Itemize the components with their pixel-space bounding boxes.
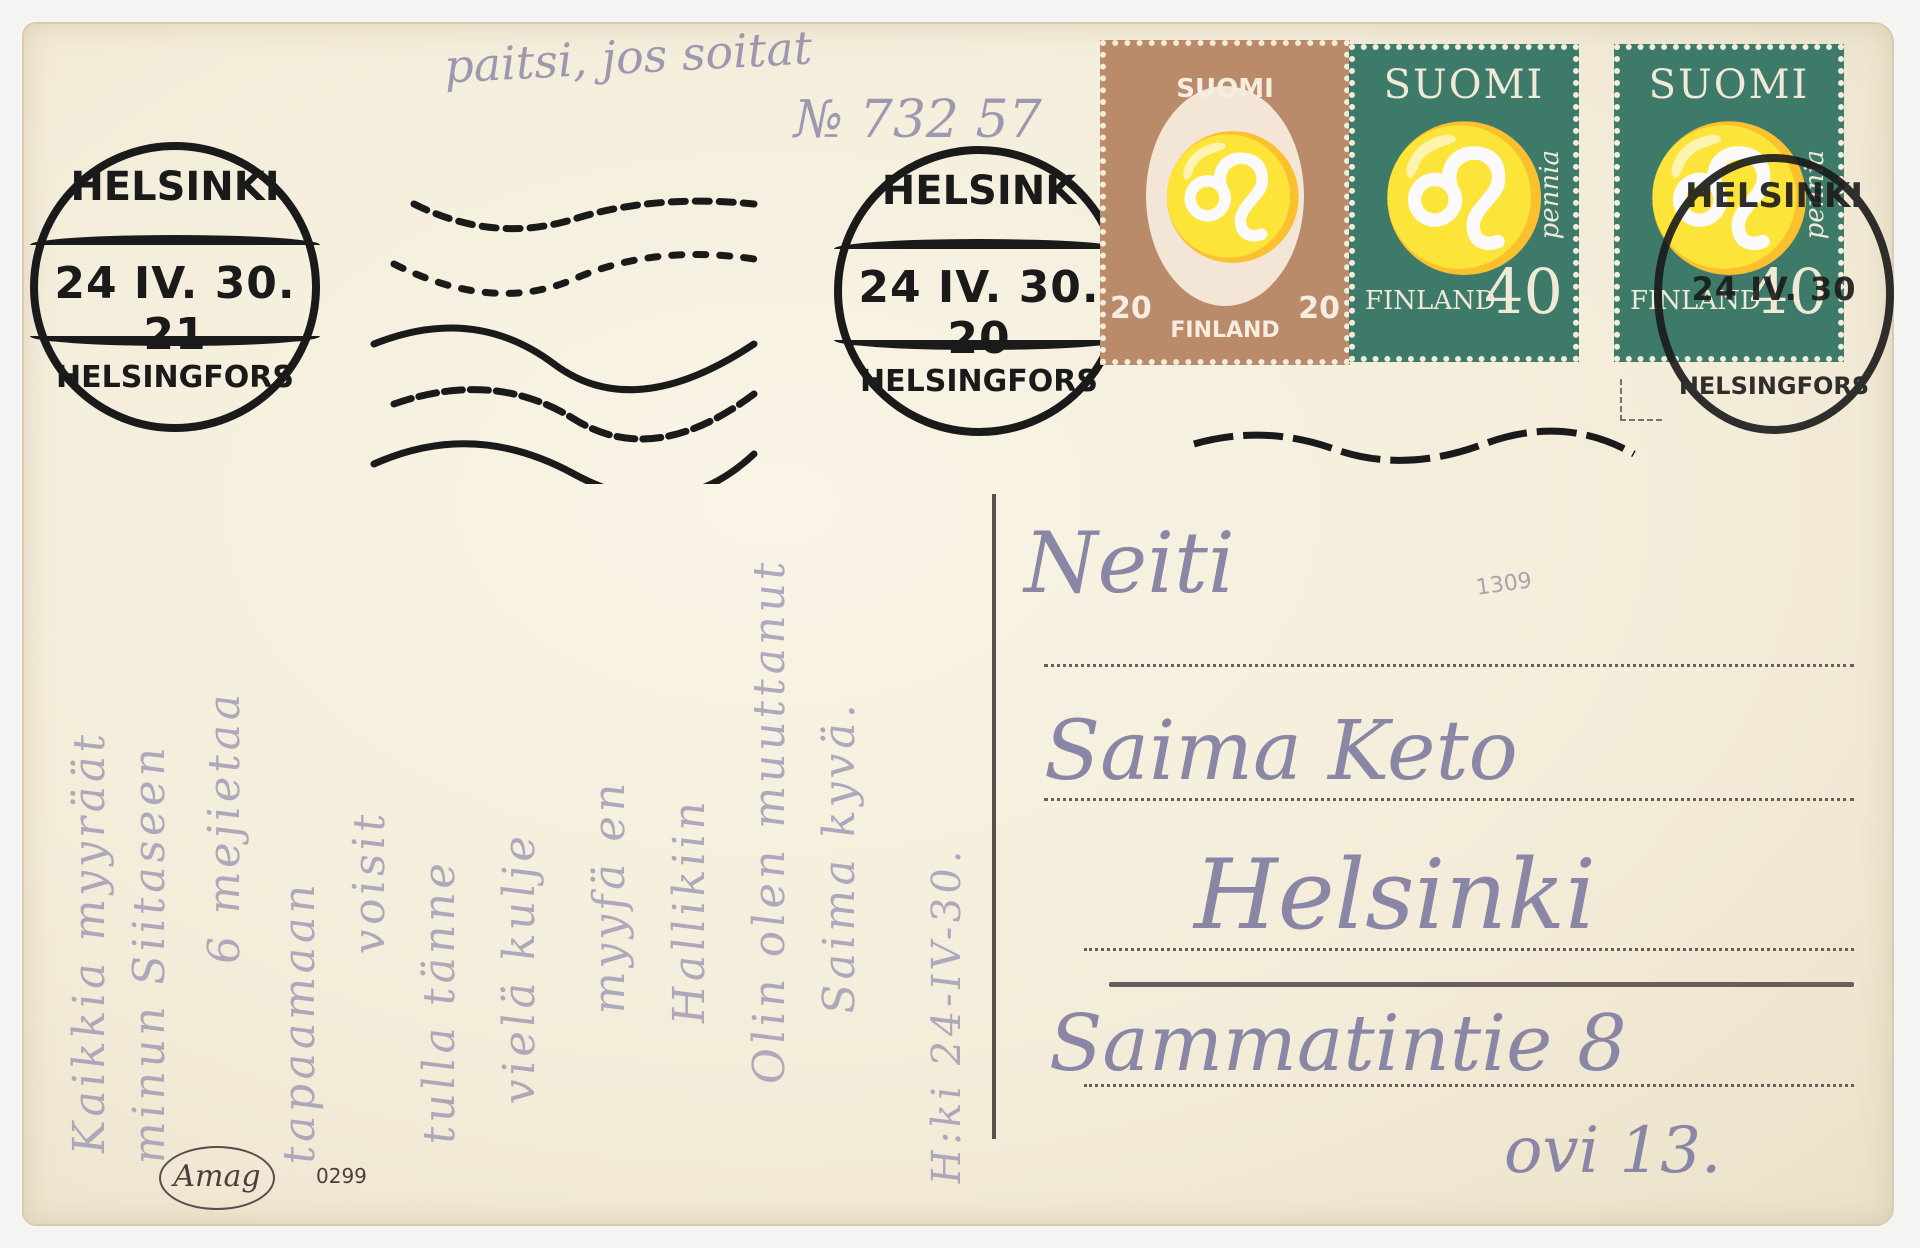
publisher-logo: Amag — [159, 1146, 275, 1210]
address-line — [1084, 1084, 1854, 1087]
postmark-top-text: HELSINK — [842, 168, 1116, 214]
postmark-bottom-text: HELSINGFORS — [842, 364, 1116, 399]
postmark: HELSINKI 24 IV. 30. 21 HELSINGFORS — [30, 142, 320, 432]
stamp-20-pennia: SUOMI ♌ 20 20 FINLAND — [1100, 40, 1350, 365]
postmark-bottom-text: HELSINGFORS — [1662, 372, 1886, 400]
stamp-country-top: SUOMI — [1620, 62, 1838, 108]
stamp-box-outline — [1620, 379, 1662, 421]
address-line — [1044, 664, 1854, 667]
pencil-number: 1309 — [1475, 568, 1534, 601]
wavy-cancel-lines-left — [354, 164, 834, 484]
publisher-number: 0299 — [316, 1164, 367, 1188]
wavy-cancel-line-right — [1184, 404, 1664, 484]
postmark-bottom-text: HELSINGFORS — [38, 360, 312, 395]
address-city: Helsinki — [1194, 839, 1596, 951]
lion-icon: ♌ — [1158, 138, 1307, 258]
stamp-country-top: SUOMI — [1355, 62, 1573, 108]
postmark-top-text: HELSINKI — [1662, 176, 1886, 216]
message-date: H:ki 24-IV-30. — [924, 542, 970, 1185]
address-line — [1044, 798, 1854, 801]
postmark-top-text: HELSINKI — [38, 164, 312, 210]
address-line — [1084, 948, 1854, 951]
reference-number: № 732 57 — [794, 90, 1042, 150]
address-door: ovi 13. — [1504, 1114, 1721, 1188]
vertical-divider — [992, 494, 996, 1139]
address-underline — [1109, 982, 1854, 987]
postcard-back: Kaikkia myyräät minun Siitaseen 6 mejiet… — [22, 22, 1894, 1226]
stamp-40-pennia: SUOMI ♌ pennia FINLAND 40 — [1349, 44, 1579, 362]
address-salutation: Neiti — [1024, 514, 1235, 612]
stamp-unit: pennia — [1535, 150, 1565, 239]
postmark: HELSINK 24 IV. 30. 20 HELSINGFORS — [834, 146, 1124, 436]
stamp-country-bottom: FINLAND — [1106, 318, 1344, 343]
stamp-country-top: SUOMI — [1106, 74, 1344, 104]
lion-icon: ♌ — [1377, 130, 1551, 270]
address-name: Saima Keto — [1044, 704, 1518, 799]
stamp-country-bottom: FINLAND — [1365, 286, 1496, 316]
postmark: HELSINKI 24 IV. 30 HELSINGFORS — [1654, 154, 1894, 434]
postmark-date: 24 IV. 30 — [1662, 270, 1886, 308]
message-top-line: paitsi, jos soitat — [443, 20, 814, 93]
stamp-value: 40 — [1484, 255, 1563, 328]
address-street: Sammatintie 8 — [1049, 999, 1627, 1089]
